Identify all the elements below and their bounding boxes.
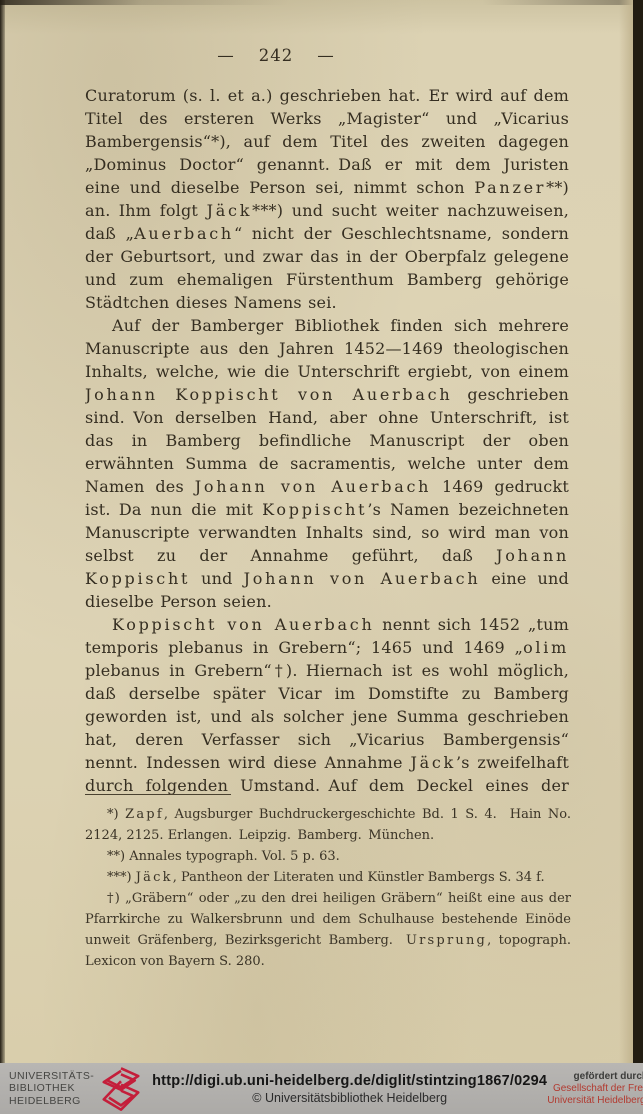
funder-name-line1: Gesellschaft der Freunde xyxy=(547,1083,643,1095)
scan-right-shade xyxy=(619,0,633,1063)
paragraph: Auf der Bamberger Bibliothek finden sich… xyxy=(85,314,569,613)
footnote: *) Zapf, Augsburger Buchdruckergeschicht… xyxy=(85,804,571,846)
library-name-line1: UNIVERSITÄTS- xyxy=(9,1070,94,1083)
footnote: ***) Jäck, Pantheon der Literaten und Kü… xyxy=(85,867,571,888)
header-dash-left: — xyxy=(217,46,235,65)
paragraph: Koppischt von Auerbach nennt sich 1452 „… xyxy=(85,613,569,796)
library-name: UNIVERSITÄTS- BIBLIOTHEK HEIDELBERG xyxy=(9,1070,94,1108)
footnote-list: *) Zapf, Augsburger Buchdruckergeschicht… xyxy=(85,804,571,972)
scan-top-edge xyxy=(0,0,643,5)
page-header: — 242 — xyxy=(35,46,517,65)
main-text-block: Curatorum (s. l. et a.) geschrieben hat.… xyxy=(85,84,569,796)
funding-note: gefördert durch die xyxy=(547,1071,643,1083)
scan-right-edge xyxy=(633,0,643,1063)
funder-name-line2: Universität Heidelberg e.V. xyxy=(547,1095,643,1107)
footer-center: http://digi.ub.uni-heidelberg.de/diglit/… xyxy=(152,1073,547,1105)
funding-block: gefördert durch die Gesellschaft der Fre… xyxy=(547,1071,643,1107)
header-dash-right: — xyxy=(317,46,335,65)
scanned-book-page-viewer: — 242 — Curatorum (s. l. et a.) geschrie… xyxy=(0,0,643,1114)
paragraph: Curatorum (s. l. et a.) geschrieben hat.… xyxy=(85,84,569,314)
footnote-separator xyxy=(85,794,231,795)
library-name-line3: HEIDELBERG xyxy=(9,1095,94,1108)
scan-left-edge xyxy=(0,0,5,1063)
footer-bar: UNIVERSITÄTS- BIBLIOTHEK HEIDELBERG http… xyxy=(0,1063,643,1114)
scan-url: http://digi.ub.uni-heidelberg.de/diglit/… xyxy=(152,1073,547,1089)
footnote: †) „Gräbern“ oder „zu den drei heiligen … xyxy=(85,888,571,972)
library-name-line2: BIBLIOTHEK xyxy=(9,1082,94,1095)
page-scan: — 242 — Curatorum (s. l. et a.) geschrie… xyxy=(0,0,643,1063)
footnote-block: *) Zapf, Augsburger Buchdruckergeschicht… xyxy=(85,794,571,972)
ub-heidelberg-logo-icon xyxy=(98,1064,144,1114)
copyright-note: © Universitätsbibliothek Heidelberg xyxy=(252,1091,447,1105)
footnote: **) Annales typograph. Vol. 5 p. 63. xyxy=(85,846,571,867)
page-number: 242 xyxy=(259,46,294,65)
